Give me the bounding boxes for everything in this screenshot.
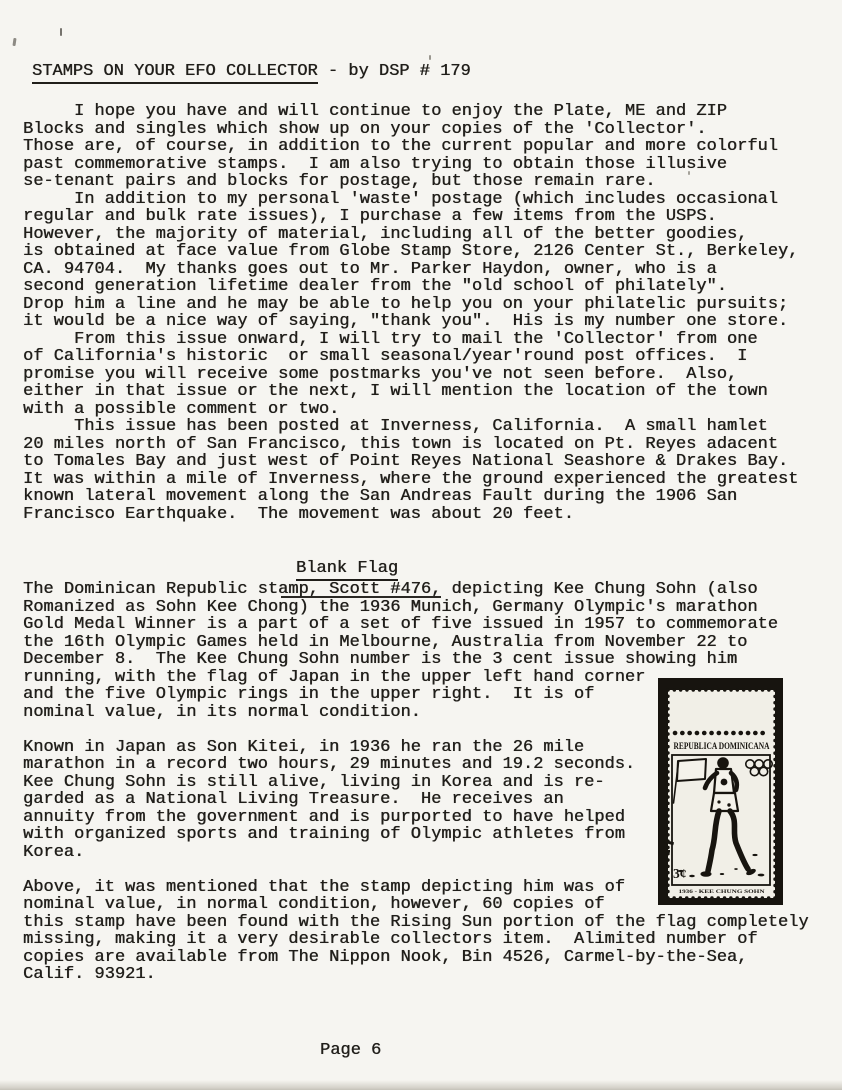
blank-flag-heading-text: Blank Flag	[296, 559, 398, 581]
paragraph-globe-stamp-store: In addition to my personal 'waste' posta…	[23, 191, 798, 331]
scan-speck	[429, 55, 431, 60]
stamp-photo: REPUBLICA DOMINICANA	[658, 678, 783, 905]
scan-speck	[12, 38, 16, 46]
document-page: STAMPS ON YOUR EFO COLLECTOR - by DSP # …	[0, 0, 842, 1090]
scan-edge-artifact	[0, 1080, 842, 1090]
paragraph-collector: I hope you have and will continue to enj…	[23, 103, 798, 191]
paragraph-postmarks: From this issue onward, I will try to ma…	[23, 331, 798, 419]
article-title-byline: - by DSP # 179	[318, 62, 471, 81]
blank-flag-heading: Blank Flag	[296, 560, 398, 578]
article-title-main: STAMPS ON YOUR EFO COLLECTOR	[32, 62, 318, 84]
stamp-caption: 1936 - KEE CHUNG SOHN	[679, 889, 765, 895]
scan-speck	[60, 28, 62, 36]
paragraph-inverness: This issue has been posted at Inverness,…	[23, 418, 798, 523]
stamp-country-text: REPUBLICA DOMINICANA	[674, 742, 770, 752]
page-number: Page 6	[320, 1042, 381, 1060]
stamp-denomination: 3¢	[673, 866, 687, 881]
article-title: STAMPS ON YOUR EFO COLLECTOR - by DSP # …	[32, 63, 471, 81]
intro-section: I hope you have and will continue to enj…	[23, 103, 798, 523]
